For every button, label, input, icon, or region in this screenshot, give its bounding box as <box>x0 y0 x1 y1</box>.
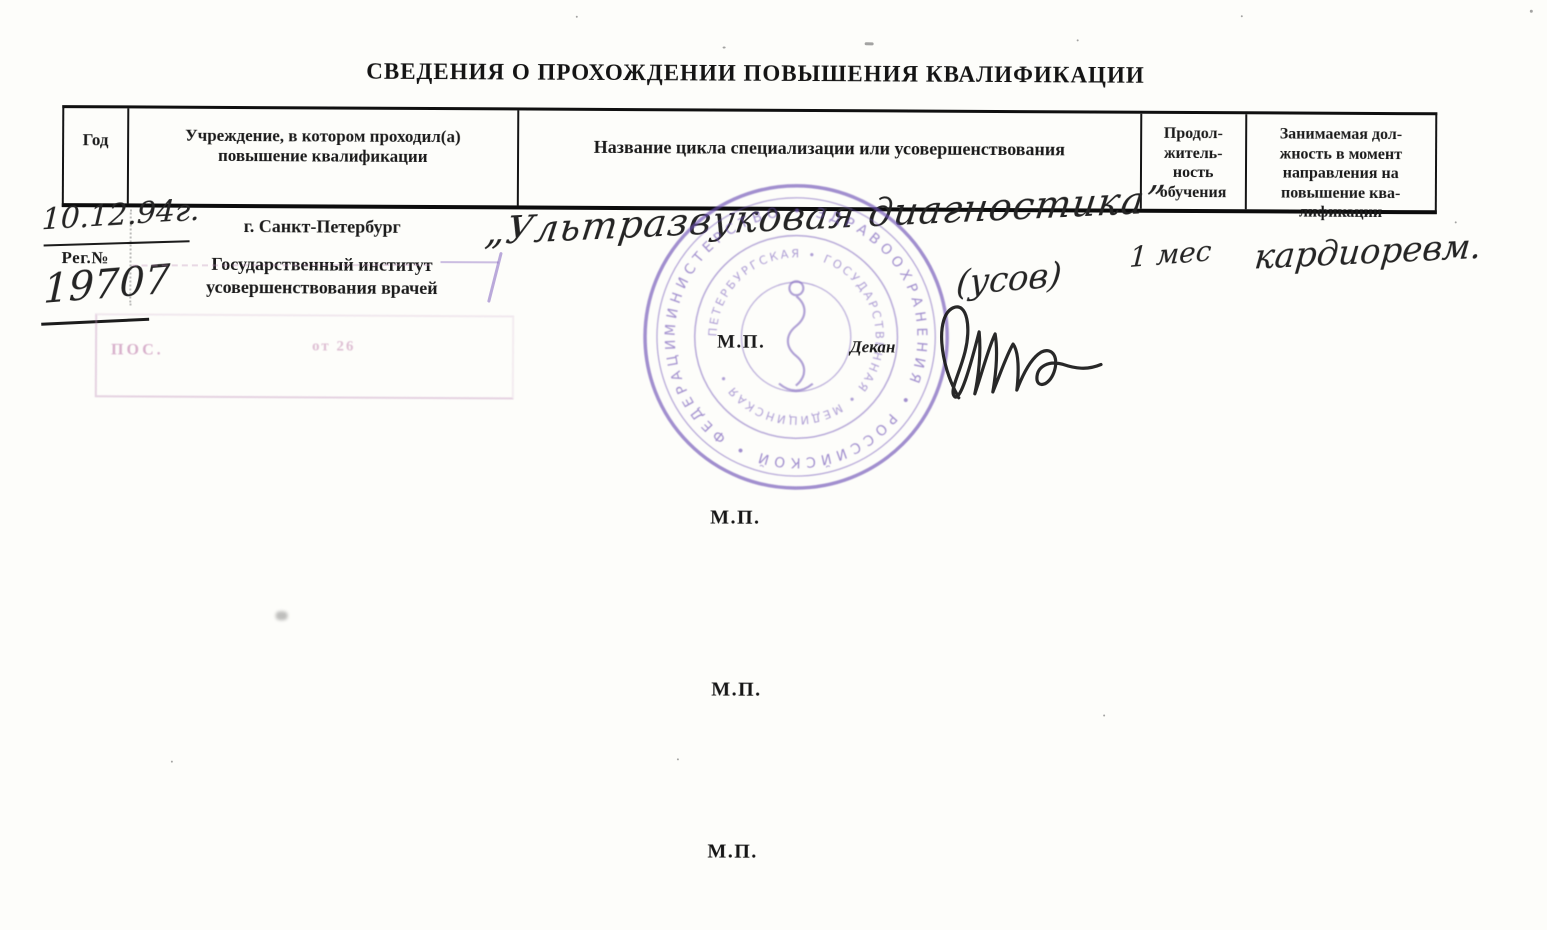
stray-ink-dash <box>440 261 498 263</box>
faded-stamp-fragment-left: ПОС. <box>111 341 164 359</box>
entry-cycle-type-handwritten: (усов) <box>955 255 1064 304</box>
place-of-seal-mark-top: М.П. <box>717 332 765 354</box>
scan-smudge <box>276 611 288 620</box>
faded-stamp-fragment-right: от 26 <box>312 338 356 355</box>
scanned-document-page: СВЕДЕНИЯ О ПРОХОЖДЕНИИ ПОВЫШЕНИЯ КВАЛИФИ… <box>0 0 1547 930</box>
entry-city: г. Санкт-Петербург <box>127 215 518 238</box>
scan-speck <box>576 16 578 18</box>
col-header-position: Занимаемая дол- жность в момент направле… <box>1246 114 1435 210</box>
scan-speck <box>1103 715 1105 717</box>
entry-institution: Государственный институт усовершенствова… <box>126 252 517 299</box>
col-header-institution: Учреждение, в котором проходил(а) повыше… <box>129 108 519 205</box>
scan-content: СВЕДЕНИЯ О ПРОХОЖДЕНИИ ПОВЫШЕНИЯ КВАЛИФИ… <box>0 0 1547 930</box>
faded-rectangular-stamp: ПОС. от 26 <box>95 313 514 399</box>
scan-speck <box>171 761 173 763</box>
date-underline <box>44 240 190 246</box>
dean-signature <box>891 301 1107 402</box>
dean-label: Декан <box>850 337 895 357</box>
scan-speck <box>1077 39 1079 41</box>
scan-speck <box>1241 15 1243 17</box>
scan-speck <box>677 758 679 760</box>
place-of-seal-mark-4: М.П. <box>707 840 758 863</box>
seal-center-emblem <box>779 281 813 391</box>
scan-speck <box>1530 10 1533 13</box>
scan-speck <box>723 47 726 49</box>
scan-speck <box>865 42 874 45</box>
entry-duration-handwritten: 1 мес <box>1129 234 1213 274</box>
entry-position-handwritten: кардиоревм. <box>1253 227 1483 278</box>
document-title: СВЕДЕНИЯ О ПРОХОЖДЕНИИ ПОВЫШЕНИЯ КВАЛИФИ… <box>180 58 1330 90</box>
col-header-year: Год <box>64 108 129 203</box>
place-of-seal-mark-2: М.П. <box>710 506 761 529</box>
scan-speck <box>1455 221 1457 223</box>
place-of-seal-mark-3: М.П. <box>711 678 762 701</box>
